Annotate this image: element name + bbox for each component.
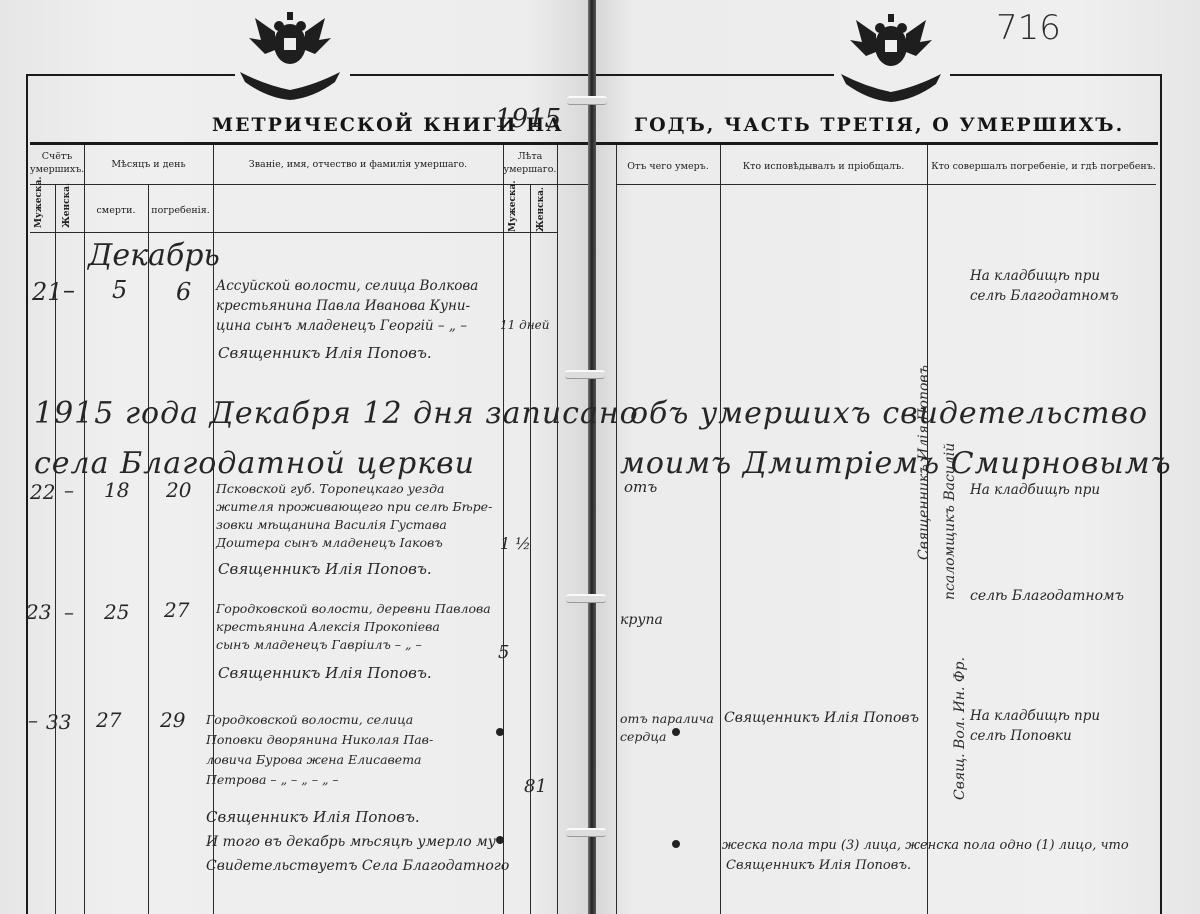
entry-3-name: Городковской волости, деревни Павлова кр… [216, 600, 506, 654]
header-age-female: Женска. [536, 192, 546, 232]
entry-4-female-no: 33 [46, 710, 71, 734]
header-age-male: Мужеска. [508, 192, 518, 232]
entry-4-death-day: 27 [96, 708, 121, 732]
entry-2-female-no: – [64, 478, 74, 502]
header-count-deceased: Счётъ умершихъ. [30, 150, 84, 176]
header-female: Женска. [62, 192, 72, 228]
entry-1-death-day: 5 [112, 276, 127, 304]
entry-4-confessor: Священникъ Илія Поповъ [724, 710, 919, 726]
punch-hole [672, 728, 680, 736]
entry-1-male-no: 21 [32, 278, 63, 306]
header-cause: Отъ чего умеръ. [616, 160, 720, 173]
entry-2-burial-day: 20 [166, 478, 191, 502]
folio-number: 716 [996, 8, 1061, 48]
annotation-line-2: села Благодатной церкви [34, 446, 475, 481]
entry-4-age: 81 [524, 776, 547, 797]
entry-3-signature: Священникъ Илія Поповъ. [218, 664, 432, 682]
entry-4-cause: отъ паралича сердца [620, 710, 716, 746]
footer-left-1: И того въ декабрь мѣсяцѣ умерло му [206, 834, 496, 850]
entry-1-age: 11 дней [500, 318, 549, 332]
entry-3-male-no: 23 [26, 600, 51, 624]
header-burial: погребенія. [148, 204, 213, 217]
entry-2-burial-place: На кладбищѣ при [970, 482, 1100, 498]
entry-1-name: Ассуйской волости, селица Волкова кресть… [216, 276, 506, 336]
entry-2-age: 1 ½ [500, 534, 531, 553]
punch-hole [672, 840, 680, 848]
entry-month: Декабрь [88, 238, 220, 273]
entry-3-age: 5 [498, 642, 509, 663]
footer-right-1: жеска пола три (3) лица, женска пола одн… [722, 838, 1129, 853]
entry-3-burial-day: 27 [164, 598, 189, 622]
entry-2-death-day: 18 [104, 478, 129, 502]
entry-4-burial-day: 29 [160, 708, 185, 732]
punch-hole [496, 836, 504, 844]
vertical-note-3: Свящ. Вол. Ин. Фр. [952, 620, 968, 800]
entry-3-burial-place: селѣ Благодатномъ [970, 588, 1124, 604]
annotation-line-1: 1915 года Декабря 12 дня записано [34, 396, 639, 431]
footer-left-2: Свидетельствуетъ Села Благодатного [206, 858, 509, 874]
vertical-note-priest: Священникъ Илія Поповъ [916, 360, 932, 560]
entry-4-name: Городковской волости, селица Поповки дво… [206, 710, 506, 790]
binding-stitch [566, 828, 606, 837]
book-spine [588, 0, 596, 914]
entry-1-burial-day: 6 [176, 278, 191, 306]
header-burial-by: Кто совершалъ погребеніе, и гдѣ погребен… [927, 160, 1160, 173]
header-name: Званіе, имя, отчество и фамилія умершаго… [213, 158, 503, 171]
year-handwritten: 1915 [495, 104, 561, 134]
crest-icon-right [836, 12, 946, 102]
entry-3-female-no: – [64, 600, 74, 624]
title-right: ГОДЪ, ЧАСТЬ ТРЕТІЯ, О УМЕРШИХЪ. [634, 114, 1124, 136]
entry-2-cause: отъ [624, 478, 657, 496]
entry-2-name: Псковской губ. Торопецкаго уезда жителя … [216, 480, 506, 552]
annotation-line-1-right: объ умершихъ свидетельство [630, 396, 1148, 431]
entry-3-cause: крупа [620, 612, 663, 628]
entry-4-signature: Священникъ Илія Поповъ. [206, 808, 420, 826]
crest-icon-left [235, 10, 345, 100]
punch-hole [496, 728, 504, 736]
entry-2-male-no: 22 [30, 480, 55, 504]
entry-1-burial-place: На кладбищѣ при селѣ Благодатномъ [970, 266, 1118, 306]
footer-right-2: Священникъ Илія Поповъ. [726, 858, 911, 873]
header-death: смерти. [84, 204, 148, 217]
header-confessor: Кто исповѣдывалъ и пріобщалъ. [720, 160, 927, 173]
entry-4-burial-place: На кладбищѣ при селѣ Поповки [970, 706, 1100, 746]
entry-3-death-day: 25 [104, 600, 129, 624]
entry-1-female-no: – [63, 276, 75, 304]
header-month-day: Мѣсяцъ и день [84, 158, 213, 171]
entry-4-male-no: – [28, 708, 38, 732]
binding-stitch [565, 370, 605, 379]
annotation-line-2-right: моимъ Дмитріемъ Смирновымъ [620, 446, 1172, 481]
header-age: Лѣта умершаго. [503, 150, 557, 176]
binding-stitch [567, 96, 607, 105]
header-male: Мужеска. [34, 192, 44, 228]
entry-1-signature: Священникъ Илія Поповъ. [218, 344, 432, 362]
entry-2-signature: Священникъ Илія Поповъ. [218, 560, 432, 578]
vertical-note-psalmist: псаломщикъ Василій [942, 420, 958, 600]
binding-stitch [566, 594, 606, 603]
